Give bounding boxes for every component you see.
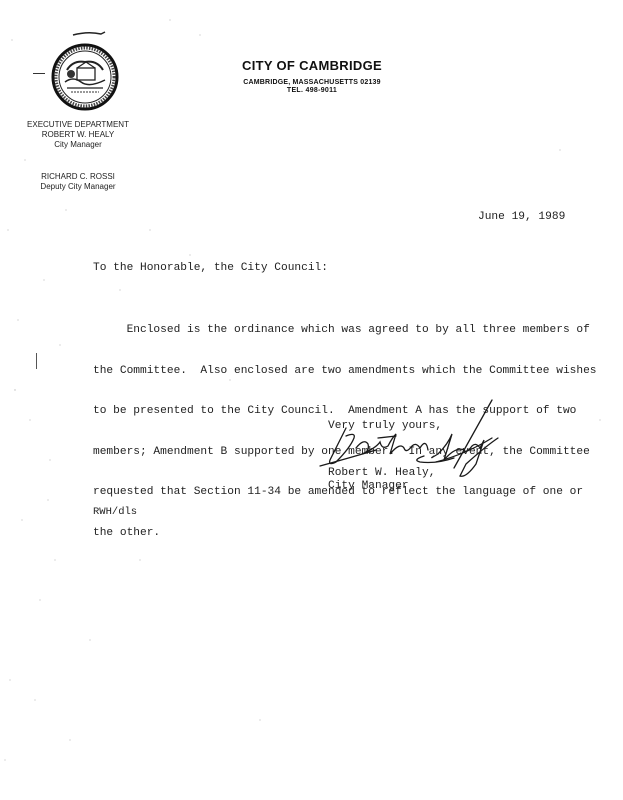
organization-telephone: TEL. 498-9011 [212, 87, 412, 94]
organization-name: CITY OF CAMBRIDGE [212, 58, 412, 73]
deputy-title: Deputy City Manager [0, 182, 156, 192]
body-line: Enclosed is the ordinance which was agre… [93, 324, 563, 338]
reference-initials: RWH/dls [93, 506, 137, 518]
body-line: the other. [93, 527, 563, 541]
department-name: EXECUTIVE DEPARTMENT [0, 120, 156, 130]
salutation: To the Honorable, the City Council: [93, 262, 328, 274]
city-seal-icon [33, 30, 129, 112]
manager-name: ROBERT W. HEALY [0, 130, 156, 140]
letterhead: CITY OF CAMBRIDGE CAMBRIDGE, MASSACHUSET… [212, 58, 412, 94]
organization-address: CAMBRIDGE, MASSACHUSETTS 02139 [212, 79, 412, 86]
signer-name: Robert W. Healy, [328, 467, 435, 480]
signature-block: Robert W. Healy, City Manager [328, 467, 435, 493]
manager-title: City Manager [0, 140, 156, 150]
body-line: the Committee. Also enclosed are two ame… [93, 365, 563, 379]
signer-title: City Manager [328, 480, 435, 493]
letter-date: June 19, 1989 [478, 211, 565, 223]
executive-department-block: EXECUTIVE DEPARTMENT ROBERT W. HEALY Cit… [0, 120, 156, 192]
margin-mark [36, 353, 37, 369]
deputy-name: RICHARD C. ROSSI [0, 172, 156, 182]
